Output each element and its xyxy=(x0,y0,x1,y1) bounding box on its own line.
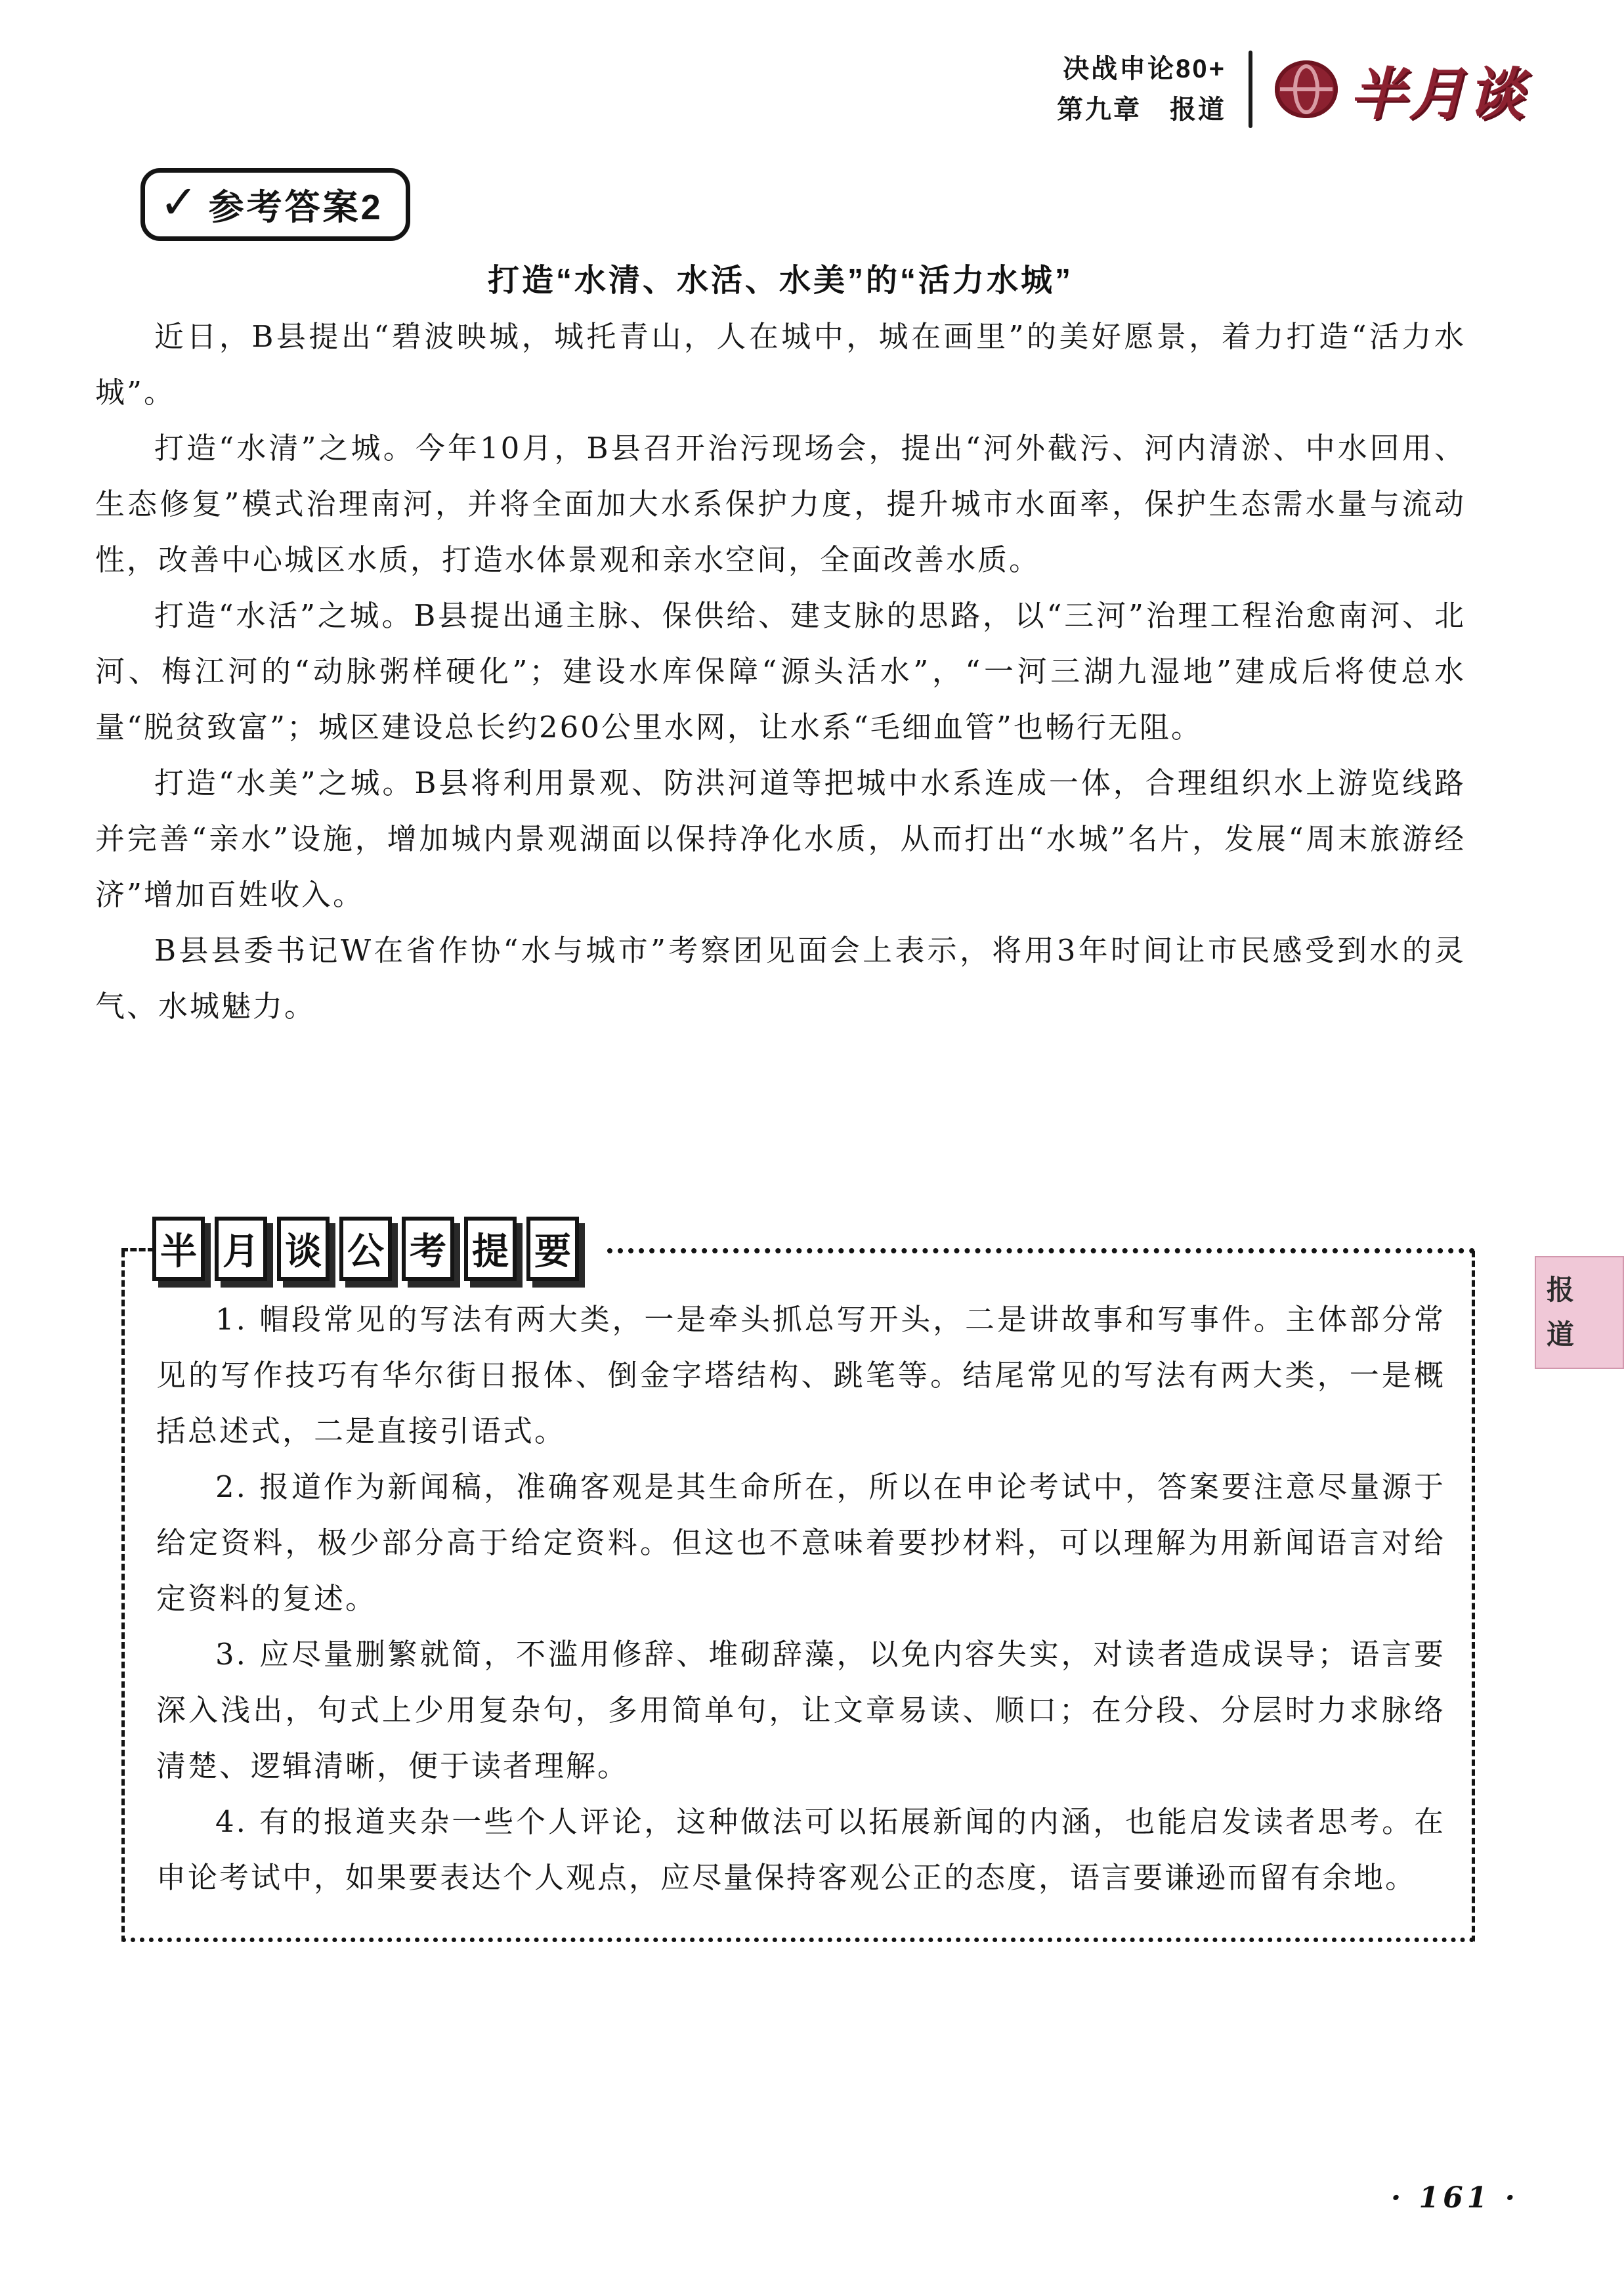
tips-header: 半 月 谈 公 考 提 要 xyxy=(152,1217,579,1281)
tips-box: 半 月 谈 公 考 提 要 1. 帽段常见的写法有两大类，一是牵头抓总写开头，二… xyxy=(121,1251,1475,1942)
article-paragraph: B县县委书记W在省作协“水与城市”考察团见面会上表示，将用3年时间让市民感受到水… xyxy=(95,922,1466,1034)
side-tab-char: 道 xyxy=(1547,1321,1574,1349)
tips-content: 1. 帽段常见的写法有两大类，一是牵头抓总写开头，二是讲故事和写事件。主体部分常… xyxy=(156,1291,1445,1905)
header-chapter: 第九章 报道 xyxy=(1057,89,1226,130)
answer-badge: ✓ 参考答案2 xyxy=(140,168,410,241)
header-divider xyxy=(1249,51,1252,128)
tips-header-char: 要 xyxy=(526,1217,579,1281)
tips-box-top-line xyxy=(607,1248,1475,1253)
tips-header-char: 考 xyxy=(402,1217,454,1281)
article-paragraph: 打造“水活”之城。B县提出通主脉、保供给、建支脉的思路，以“三河”治理工程治愈南… xyxy=(95,588,1466,755)
brand-name: 半月谈 xyxy=(1350,49,1527,130)
tips-point: 1. 帽段常见的写法有两大类，一是牵头抓总写开头，二是讲故事和写事件。主体部分常… xyxy=(156,1291,1445,1459)
tips-point: 2. 报道作为新闻稿，准确客观是其生命所在，所以在申论考试中，答案要注意尽量源于… xyxy=(156,1459,1445,1626)
brand-logo: 半月谈 xyxy=(1275,49,1527,130)
side-tab-baodao: 报 道 xyxy=(1535,1256,1624,1369)
article-paragraph: 打造“水清”之城。今年10月，B县召开治污现场会，提出“河外截污、河内清淤、中水… xyxy=(95,420,1466,588)
header-meta: 决战申论80+ 第九章 报道 xyxy=(1057,49,1226,130)
article-paragraph: 打造“水美”之城。B县将利用景观、防洪河道等把城中水系连成一体，合理组织水上游览… xyxy=(95,755,1466,922)
tips-header-char: 半 xyxy=(152,1217,205,1281)
tips-box-top-stub xyxy=(121,1248,154,1251)
page-number: · 161 · xyxy=(1391,2181,1519,2215)
article-body: 近日，B县提出“碧波映城，城托青山，人在城中，城在画里”的美好愿景，着力打造“活… xyxy=(95,309,1466,1034)
globe-icon xyxy=(1275,60,1338,118)
page-header: 决战申论80+ 第九章 报道 半月谈 xyxy=(1057,49,1527,130)
tips-point: 4. 有的报道夹杂一些个人评论，这种做法可以拓展新闻的内涵，也能启发读者思考。在… xyxy=(156,1794,1445,1905)
tips-header-char: 提 xyxy=(464,1217,517,1281)
article-title: 打造“水清、水活、水美”的“活力水城” xyxy=(95,255,1466,300)
side-tab-char: 报 xyxy=(1547,1276,1574,1304)
article-paragraph: 近日，B县提出“碧波映城，城托青山，人在城中，城在画里”的美好愿景，着力打造“活… xyxy=(95,309,1466,420)
header-series: 决战申论80+ xyxy=(1057,49,1226,89)
tips-header-char: 公 xyxy=(339,1217,392,1281)
tips-point: 3. 应尽量删繁就简，不滥用修辞、堆砌辞藻，以免内容失实，对读者造成误导；语言要… xyxy=(156,1626,1445,1794)
answer-badge-label: 参考答案2 xyxy=(209,179,383,230)
tips-header-char: 谈 xyxy=(277,1217,330,1281)
tips-header-char: 月 xyxy=(215,1217,267,1281)
check-icon: ✓ xyxy=(160,179,198,225)
